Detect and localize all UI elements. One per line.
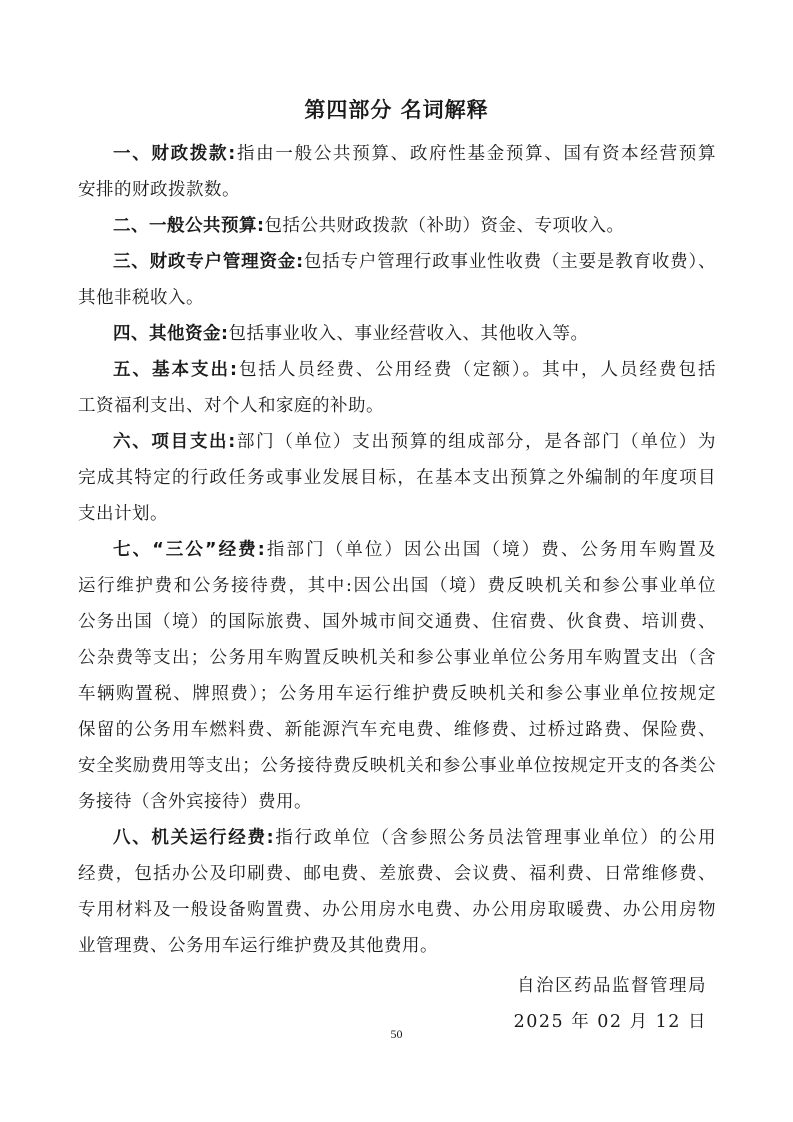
definition-6-line-2: 完成其特定的行政任务或事业发展目标，在基本支出预算之外编制的年度项目 <box>78 466 716 490</box>
definition-7-line-5: 车辆购置税、牌照费）；公务用车运行维护费反映机关和参公事业单位按规定 <box>78 682 716 706</box>
definition-7-line-2: 运行维护费和公务接待费，其中:因公出国（境）费反映机关和参公事业单位 <box>78 574 716 598</box>
definition-7-line-7: 安全奖励费用等支出；公务接待费反映机关和参公事业单位按规定开支的各类公 <box>78 754 716 778</box>
definition-8-line-1: 八、机关运行经费:指行政单位（含参照公务员法管理事业单位）的公用 <box>113 826 716 850</box>
definition-2-line-1: 二、一般公共预算:包括公共财政拨款（补助）资金、专项收入。 <box>113 214 716 238</box>
term-5: 五、基本支出: <box>113 360 237 380</box>
term-4: 四、其他资金: <box>113 324 229 344</box>
definition-7-line-8: 务接待（含外宾接待）费用。 <box>78 790 716 814</box>
definition-1-line-1: 一、财政拨款:指由一般公共预算、政府性基金预算、国有资本经营预算 <box>113 142 716 166</box>
definition-7-line-3: 公务出国（境）的国际旅费、国外城市间交通费、住宿费、伙食费、培训费、 <box>78 610 716 634</box>
definition-3-line-2: 其他非税收入。 <box>78 286 716 310</box>
definition-4-line-1: 四、其他资金:包括事业收入、事业经营收入、其他收入等。 <box>113 322 716 346</box>
term-6: 六、项目支出: <box>113 432 236 452</box>
definition-8-line-3: 专用材料及一般设备购置费、办公用房水电费、办公用房取暖费、办公用房物 <box>78 898 716 922</box>
definition-5-line-2: 工资福利支出、对个人和家庭的补助。 <box>78 394 716 418</box>
definition-6-line-3: 支出计划。 <box>78 502 716 526</box>
definition-3-line-1: 三、财政专户管理资金:包括专户管理行政事业性收费（主要是教育收费）、 <box>113 250 716 274</box>
page-number: 50 <box>0 1027 793 1042</box>
term-2: 二、一般公共预算: <box>113 216 265 236</box>
definition-7-line-4: 公杂费等支出；公务用车购置反映机关和参公事业单位公务用车购置支出（含 <box>78 646 716 670</box>
definition-7-line-1: 七、“三公”经费:指部门（单位）因公出国（境）费、公务用车购置及 <box>113 538 716 562</box>
term-3: 三、财政专户管理资金: <box>113 252 304 272</box>
page-title: 第四部分 名词解释 <box>0 94 793 124</box>
term-7: 七、“三公”经费: <box>113 540 265 560</box>
term-1: 一、财政拨款: <box>113 144 236 164</box>
definition-6-line-1: 六、项目支出:部门（单位）支出预算的组成部分，是各部门（单位）为 <box>113 430 716 454</box>
definition-8-line-2: 经费，包括办公及印刷费、邮电费、差旅费、会议费、福利费、日常维修费、 <box>78 862 716 886</box>
signature-organization: 自治区药品监督管理局 <box>517 972 707 997</box>
definition-7-line-6: 保留的公务用车燃料费、新能源汽车充电费、维修费、过桥过路费、保险费、 <box>78 718 716 742</box>
definition-8-line-4: 业管理费、公务用车运行维护费及其他费用。 <box>78 934 716 958</box>
definition-1-line-2: 安排的财政拨款数。 <box>78 178 716 202</box>
term-8: 八、机关运行经费: <box>113 828 274 848</box>
definition-5-line-1: 五、基本支出:包括人员经费、公用经费（定额）。其中，人员经费包括 <box>113 358 716 382</box>
